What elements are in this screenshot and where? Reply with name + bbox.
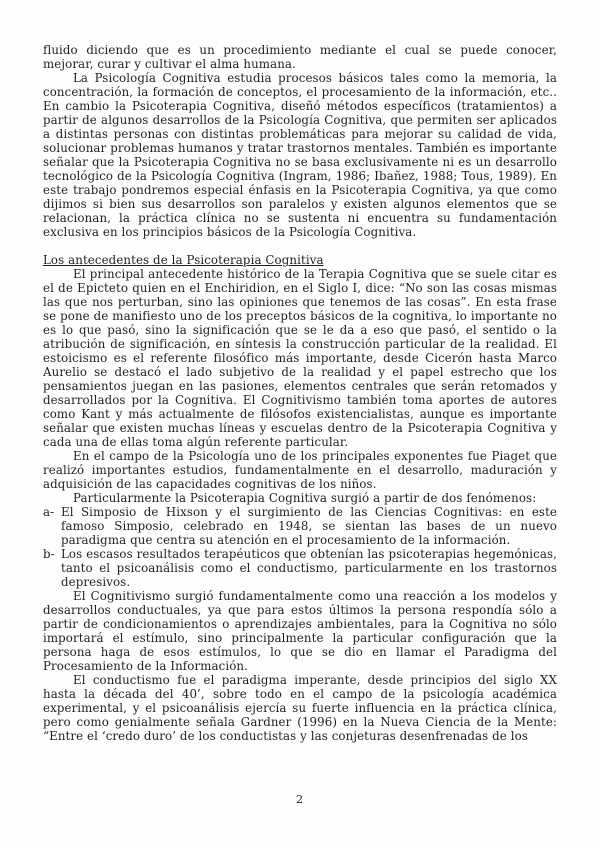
paragraph-antecedente-historico: El principal antecedente histórico de la… bbox=[43, 267, 557, 449]
paragraph-conductismo-paradigma: El conductismo fue el paradigma imperant… bbox=[43, 673, 557, 743]
list-text-a: El Simposio de Hixson y el surgimiento d… bbox=[61, 505, 557, 547]
paragraph-cognitivismo-reaccion: El Cognitivismo surgió fundamentalmente … bbox=[43, 589, 557, 673]
list-marker-b: b- bbox=[43, 547, 61, 589]
paragraph-psicologia-cognitiva: La Psicología Cognitiva estudia procesos… bbox=[43, 71, 557, 239]
list-item-a: a- El Simposio de Hixson y el surgimient… bbox=[43, 505, 557, 547]
paragraph-continuation: fluido diciendo que es un procedimiento … bbox=[43, 43, 557, 71]
document-page: fluido diciendo que es un procedimiento … bbox=[0, 0, 599, 848]
list-text-b: Los escasos resultados terapéuticos que … bbox=[61, 547, 557, 589]
section-heading: Los antecedentes de la Psicoterapia Cogn… bbox=[43, 253, 557, 267]
page-content: fluido diciendo que es un procedimiento … bbox=[43, 43, 557, 743]
list-marker-a: a- bbox=[43, 505, 61, 547]
paragraph-dos-fenomenos: Particularmente la Psicoterapia Cognitiv… bbox=[43, 491, 557, 505]
page-number: 2 bbox=[0, 792, 599, 806]
paragraph-piaget: En el campo de la Psicología uno de los … bbox=[43, 449, 557, 491]
list-item-b: b- Los escasos resultados terapéuticos q… bbox=[43, 547, 557, 589]
